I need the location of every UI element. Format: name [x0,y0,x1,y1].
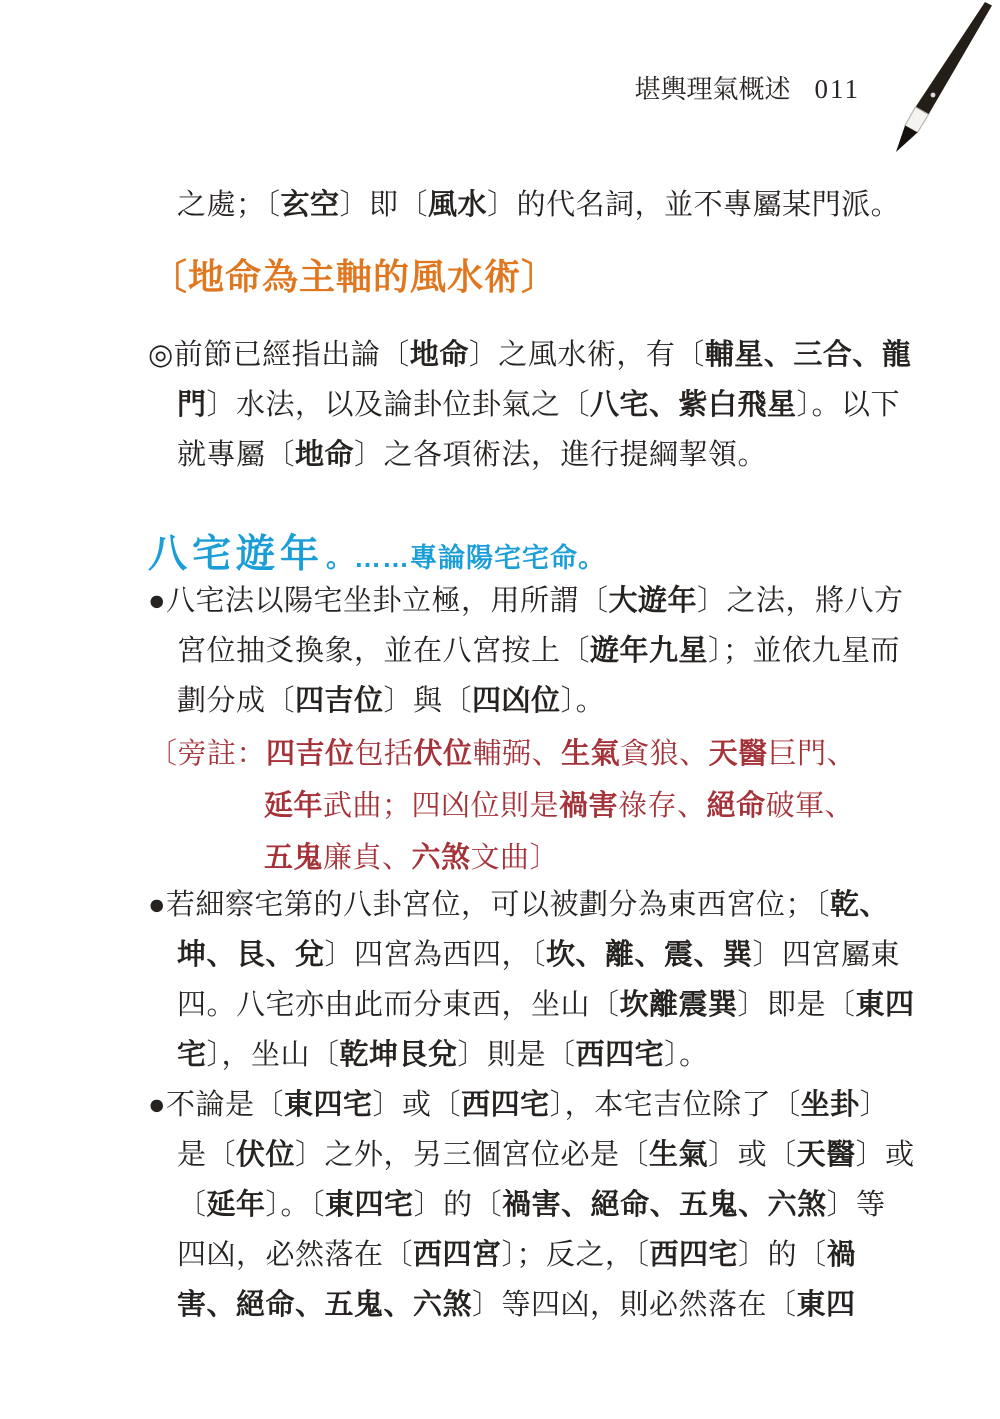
page-number: 011 [815,72,861,106]
subsection-subtitle: 。……專論陽宅宅命。 [326,542,606,574]
section-heading: 〔地命為主軸的風水術〕 [151,254,558,300]
running-title: 堪輿理氣概述 [634,73,790,107]
calligraphy-brush-icon [886,2,1000,160]
brush-handle [916,2,993,115]
bazhai-paragraph: ●八宅法以陽宅坐卦立極，用所謂〔大遊年〕之法，將八方 宮位抽爻換象，並在八宮按上… [148,576,943,726]
overview-paragraph: ◎前節已經指出論〔地命〕之風水術，有〔輔星、三合、龍 門〕水法，以及論卦位卦氣之… [148,330,943,480]
intro-paragraph: 之處；〔玄空〕即〔風水〕的代名詞，並不專屬某門派。 [177,180,917,230]
subsection-heading: 八宅遊年 。……專論陽宅宅命。 [148,532,606,578]
eastwest-paragraph: ●若細察宅第的八卦宮位，可以被劃分為東西宮位；〔乾、 坤、艮、兌〕四宮為西四，〔… [148,880,943,1080]
subsection-title: 八宅遊年 [148,532,324,578]
luck-paragraph: ●不論是〔東四宅〕或〔西四宅〕，本宅吉位除了〔坐卦〕 是〔伏位〕之外，另三個宮位… [148,1080,943,1330]
page-header: 堪輿理氣概述 011 [634,72,860,107]
side-note: 〔旁註：四吉位包括伏位輔弼、生氣貪狼、天醫巨門、 延年武曲；四凶位則是禍害祿存、… [148,728,1000,884]
book-page: { "header": { "book_title": "堪輿理氣概述", "p… [0,0,1000,1419]
brush-handle-highlight [931,93,936,98]
